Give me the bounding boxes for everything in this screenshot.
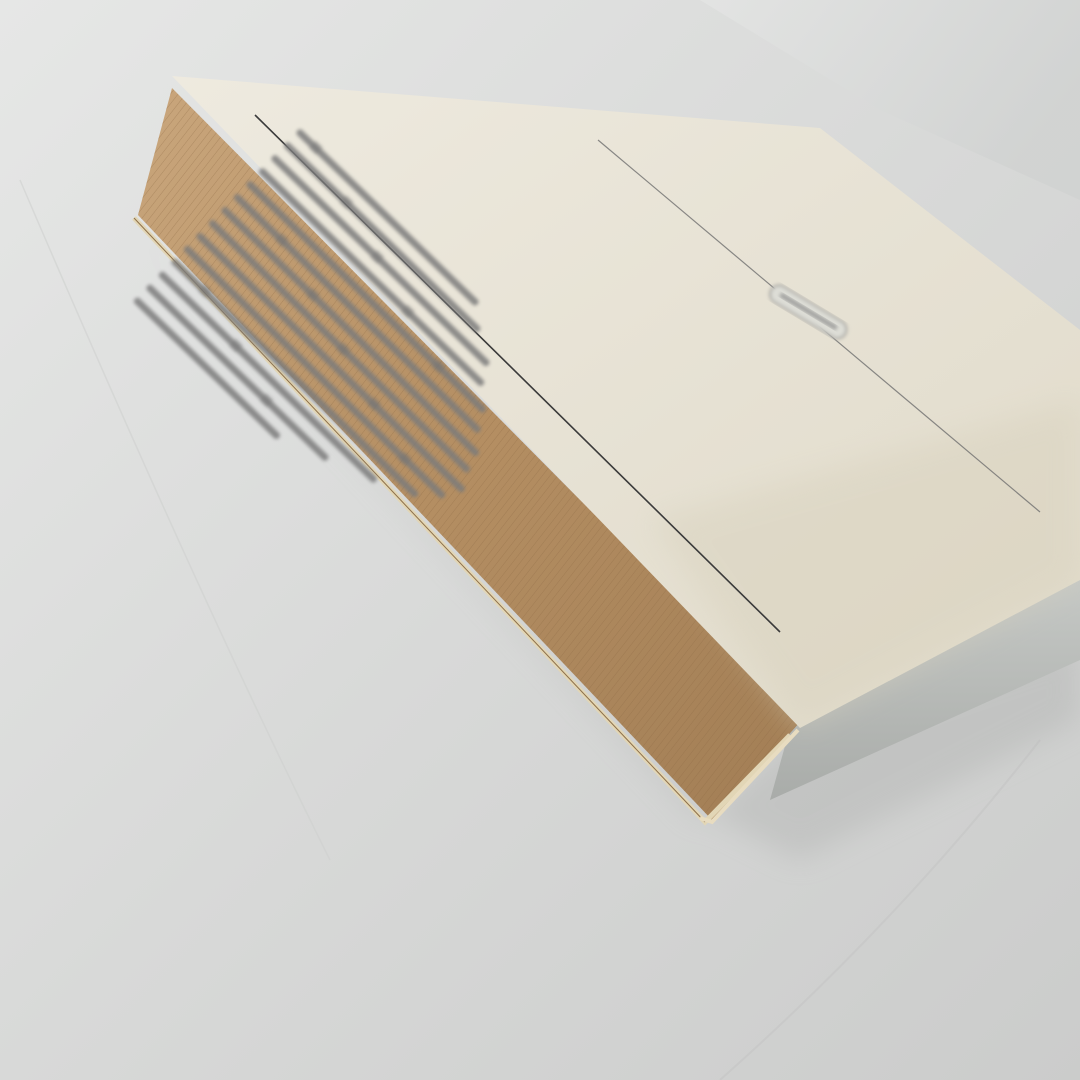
book-photo — [0, 0, 1080, 1080]
photo-scene: Back cover with blurred vertical Japanes… — [0, 0, 1080, 1080]
